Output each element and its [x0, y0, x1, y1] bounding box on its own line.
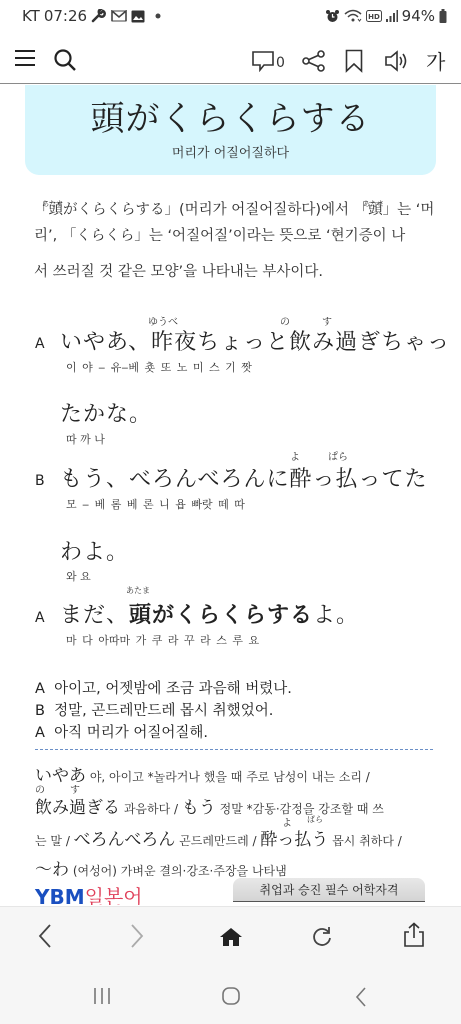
reload-button[interactable] — [311, 925, 333, 951]
speaker-button[interactable] — [384, 50, 410, 76]
comment-icon — [252, 50, 274, 76]
system-home-button[interactable] — [221, 986, 241, 1010]
share-button[interactable] — [302, 50, 326, 76]
browser-nav-bar — [0, 906, 461, 968]
back-icon — [354, 993, 368, 1012]
translation-line-1: A 아이고, 어젯밤에 조금 과음해 버렸나. — [35, 679, 292, 699]
vocab-definition: 정말 *감동·감정을 강조할 때 쓰 — [216, 802, 384, 816]
speaker-icon — [384, 50, 410, 76]
translation-line-3: A 아직 머리가 어질어질해. — [35, 723, 208, 743]
explanation-line-1: 「頭がくらくらする」(머리가 어질어질하다)에서 「頭」는 ‘머 — [34, 182, 434, 218]
gmail-icon — [111, 10, 127, 22]
speaker-label: A — [35, 725, 45, 741]
section-divider — [35, 749, 433, 750]
battery-label: 94% — [402, 7, 435, 25]
korean-pronunciation: 따 까 나 — [66, 431, 105, 447]
speaker-label: B — [35, 703, 45, 719]
japanese-bold-phrase: 頭がくらくらする — [129, 603, 313, 628]
vocab-definition: 야, 아이고 *놀라거나 했을 때 주로 남성이 내는 소리 / — [86, 770, 370, 784]
korean-pronunciation: 모 ‒ 베 롬 베 론 니 욥 빠랏 떼 따 — [66, 496, 245, 512]
vocab-line-4: 〜わ (여성어) 가벼운 결의·강조·주장을 나타냄 — [35, 855, 287, 880]
translation-text: 정말, 곤드레만드레 몹시 취했었어. — [54, 703, 273, 719]
status-bar: KT 07:26 HD 94% — [0, 0, 461, 36]
speaker-label: A — [35, 336, 45, 352]
alarm-icon — [325, 9, 340, 24]
japanese-tail: よ。 — [313, 603, 359, 628]
search-icon — [53, 48, 77, 76]
ad-banner-tab[interactable]: 취업과 승진 필수 어학자격 — [233, 878, 425, 902]
system-nav-bar — [0, 968, 461, 1024]
signal-icon — [386, 10, 398, 22]
share-icon — [302, 50, 326, 76]
vocab-definition: 는 말 / — [35, 834, 74, 848]
explanation-paragraph: あたま あたま 「頭がくらくらする」(머리가 어질어질하다)에서 「頭」는 ‘머… — [34, 182, 434, 290]
bookmark-icon — [345, 49, 363, 77]
speaker-label: A — [35, 681, 45, 697]
explanation-line-3: 서 쓰러질 것 같은 모양’을 나타내는 부사이다. — [34, 254, 434, 290]
translation-text: 아이고, 어젯밤에 조금 과음해 버렸나. — [54, 681, 292, 697]
vocab-line-3: 는 말 / べろんべろん 곤드레만드레 / 酔っ払う 몹시 취하다 / — [35, 825, 402, 850]
japanese-title: 頭がくらくらする — [25, 91, 436, 140]
vocab-definition: (여성어) 가벼운 결의·강조·주장을 나타냄 — [69, 864, 287, 878]
search-button[interactable] — [53, 48, 77, 76]
recents-button[interactable] — [93, 986, 111, 1010]
forward-icon — [128, 934, 146, 953]
furigana-para: ぱら — [328, 448, 348, 463]
vocab-word: 酔っ払う — [260, 830, 328, 850]
vocab-definition: 몹시 취하다 / — [328, 834, 401, 848]
japanese-plain: まだ、 — [60, 603, 129, 628]
carrier-label: KT — [22, 7, 40, 25]
status-right: HD 94% — [325, 7, 447, 25]
japanese-line: もう、べろんべろんに酔っ払ってた — [60, 462, 428, 493]
recents-icon — [93, 991, 111, 1010]
system-back-button[interactable] — [354, 986, 368, 1012]
comment-count: 0 — [276, 55, 285, 71]
battery-icon — [439, 9, 447, 23]
korean-pronunciation: 와 요 — [66, 568, 91, 584]
brand-en: YBM — [35, 885, 85, 905]
korean-pronunciation: 이 야 ‒ 유‒베 춋 또 노 미 스 기 짯 — [66, 359, 252, 375]
vocab-definition: 과음하다 / — [120, 802, 182, 816]
status-left: KT 07:26 — [22, 7, 161, 25]
vocab-word: 〜わ — [35, 860, 69, 880]
translation-text: 아직 머리가 어질어질해. — [54, 725, 208, 741]
translation-line-2: B 정말, 곤드레만드레 몹시 취했었어. — [35, 701, 273, 721]
japanese-line: いやあ、昨夜ちょっと飲み過ぎちゃっ — [60, 325, 450, 356]
home-icon — [219, 932, 243, 951]
title-card: 頭がくらくらする 머리가 어질어질하다 — [25, 85, 436, 175]
vocab-definition: 곤드레만드레 / — [175, 834, 260, 848]
vocab-word: もう — [182, 798, 216, 818]
clock: 07:26 — [44, 7, 87, 25]
gallery-icon — [131, 10, 145, 23]
forward-button[interactable] — [128, 923, 146, 953]
menu-icon — [14, 48, 36, 72]
vocab-line-1: いやあ 야, 아이고 *놀라거나 했을 때 주로 남성이 내는 소리 / — [35, 761, 370, 786]
font-size-button[interactable]: 가 — [426, 46, 445, 75]
home-button[interactable] — [219, 927, 243, 951]
explanation-line-2: 리’, 「くらくら」는 ‘어질어질’이라는 뜻으로 ‘현기증이 나 — [34, 218, 434, 254]
article-content: 頭がくらくらする 머리가 어질어질하다 あたま あたま 「頭がくらくらする」(머… — [0, 85, 461, 905]
speaker-label: A — [35, 610, 45, 626]
wrench-icon — [91, 9, 107, 23]
svg-text:HD: HD — [368, 13, 380, 21]
vocab-word: 飲み過ぎる — [35, 798, 120, 818]
japanese-line: まだ、頭がくらくらするよ。 — [60, 598, 359, 629]
home-icon — [221, 991, 241, 1010]
korean-pronunciation: 마 다 아따마 가 쿠 라 꾸 라 스 루 요 — [66, 632, 259, 648]
japanese-line: わよ。 — [60, 535, 129, 566]
dot-icon — [155, 13, 161, 19]
app-toolbar: 0 가 — [0, 40, 461, 84]
share-page-button[interactable] — [403, 922, 425, 952]
menu-button[interactable] — [14, 48, 36, 72]
font-size-label: 가 — [426, 46, 445, 75]
bookmark-button[interactable] — [345, 49, 363, 77]
share-icon — [403, 933, 425, 952]
hd-icon: HD — [366, 10, 382, 22]
ybm-logo[interactable]: YBM일본어 — [35, 881, 143, 905]
japanese-line: たかな。 — [60, 397, 152, 428]
furigana-yo: よ — [290, 448, 300, 463]
vocab-word: べろんべろん — [74, 830, 176, 850]
korean-subtitle: 머리가 어질어질하다 — [25, 142, 436, 161]
vocab-line-2: 飲み過ぎる 과음하다 / もう 정말 *감동·감정을 강조할 때 쓰 — [35, 793, 384, 818]
reload-icon — [311, 932, 333, 951]
speaker-label: B — [35, 473, 45, 489]
wifi-icon — [344, 9, 362, 23]
brand-ko: 일본어 — [85, 885, 143, 905]
furigana-atama: あたま — [126, 585, 150, 596]
back-button[interactable] — [36, 923, 54, 953]
furigana-para: ぱら — [307, 814, 323, 825]
back-icon — [36, 934, 54, 953]
comment-button[interactable]: 0 — [252, 50, 285, 76]
